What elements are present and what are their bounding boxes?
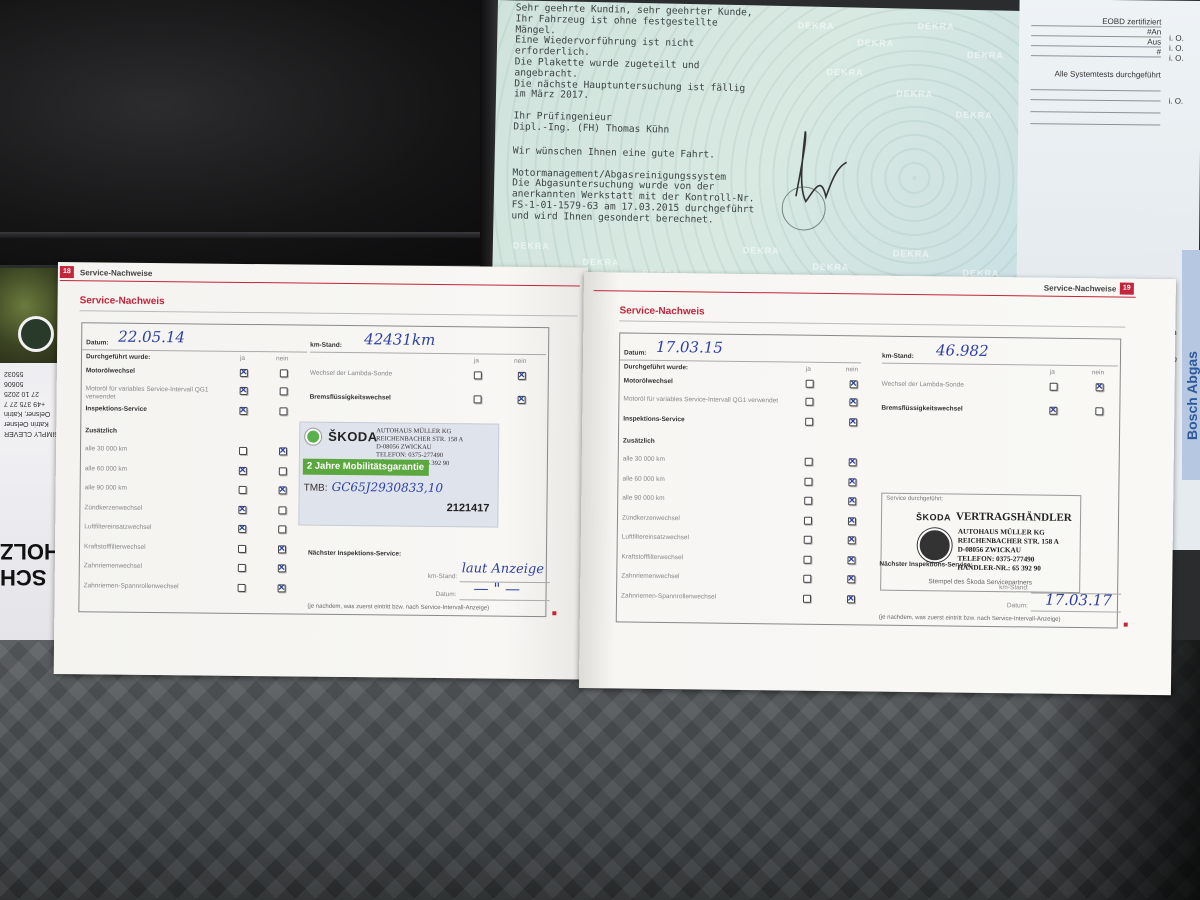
skoda-logo-icon bbox=[917, 528, 951, 562]
service-item-yes-checkbox[interactable] bbox=[805, 418, 813, 426]
additional-item-yes-checkbox[interactable] bbox=[238, 525, 246, 533]
dekra-watermark: DEKRA bbox=[513, 240, 550, 251]
mobility-guarantee-sticker: ŠKODAAUTOHAUS MÜLLER KGREICHENBACHER STR… bbox=[298, 422, 499, 528]
next-date-label: Datum: bbox=[436, 591, 457, 598]
next-date-rule bbox=[459, 599, 549, 601]
additional-item-no-checkbox[interactable] bbox=[848, 478, 856, 486]
eobd-rule bbox=[1031, 55, 1161, 57]
additional-item-no-checkbox[interactable] bbox=[848, 517, 856, 525]
additional-item-no-checkbox[interactable] bbox=[278, 545, 286, 553]
tmb-value: GC65J2930833,10 bbox=[332, 480, 444, 495]
additional-item-no-checkbox[interactable] bbox=[278, 584, 286, 592]
additional-item-yes-checkbox[interactable] bbox=[804, 536, 812, 544]
service-item-label: Bremsflüssigkeitswechsel bbox=[310, 394, 391, 403]
page-number: 19 bbox=[1120, 283, 1134, 295]
additional-item-yes-checkbox[interactable] bbox=[805, 458, 813, 466]
additional-item-yes-checkbox[interactable] bbox=[804, 497, 812, 505]
service-item-no-checkbox[interactable] bbox=[280, 369, 288, 377]
additional-item-yes-checkbox[interactable] bbox=[239, 486, 247, 494]
service-item-label: Bremsflüssigkeitswechsel bbox=[881, 405, 962, 414]
eobd-summary-result: i. O. bbox=[1168, 97, 1183, 106]
footnote: (je nachdem, was zuerst eintritt bzw. na… bbox=[307, 604, 489, 612]
next-date-label: Datum: bbox=[1007, 602, 1028, 609]
eobd-result: i. O. bbox=[1169, 44, 1184, 53]
service-item-label: Motorölwechsel bbox=[86, 367, 135, 376]
bosch-title: Bosch Abgas bbox=[1184, 351, 1200, 440]
additional-item-label: Zündkerzenwechsel bbox=[84, 504, 142, 513]
service-item-no-checkbox[interactable] bbox=[280, 387, 288, 395]
additional-item-label: Kraftstofffilterwechsel bbox=[84, 543, 146, 552]
brochure-line: SIMPLY CLEVER bbox=[4, 428, 60, 438]
service-item-no-checkbox[interactable] bbox=[849, 398, 857, 406]
dekra-watermark: DEKRA bbox=[967, 50, 1004, 61]
additional-item-yes-checkbox[interactable] bbox=[803, 575, 811, 583]
skoda-logo-icon bbox=[18, 316, 54, 352]
brochure-line: Oelsner, Katrin bbox=[4, 408, 60, 418]
header-rule bbox=[60, 280, 580, 286]
additional-item-yes-checkbox[interactable] bbox=[804, 516, 812, 524]
skoda-logo-icon bbox=[305, 429, 321, 445]
col-yes: ja bbox=[806, 366, 811, 373]
col-yes: ja bbox=[474, 357, 479, 364]
page-left: 18Service-NachweiseService-NachweisDatum… bbox=[54, 262, 588, 680]
service-item-no-checkbox[interactable] bbox=[1096, 383, 1104, 391]
date-rule bbox=[620, 359, 861, 363]
brochure-line: 55032 bbox=[4, 368, 60, 378]
additional-item-label: alle 90 000 km bbox=[85, 484, 127, 492]
km-label: km-Stand: bbox=[882, 353, 914, 360]
additional-item-no-checkbox[interactable] bbox=[847, 575, 855, 583]
date-rule bbox=[82, 349, 307, 352]
running-head: Service-Nachweise bbox=[1044, 284, 1117, 294]
dekra-watermark: DEKRA bbox=[917, 21, 954, 32]
additional-item-yes-checkbox[interactable] bbox=[239, 447, 247, 455]
dekra-watermark: DEKRA bbox=[582, 257, 619, 268]
date-label: Datum: bbox=[624, 349, 646, 356]
additional-item-yes-checkbox[interactable] bbox=[803, 555, 811, 563]
additional-item-label: Luftfiltereinsatzwechsel bbox=[84, 523, 151, 532]
service-item-no-checkbox[interactable] bbox=[279, 407, 287, 415]
service-item-label: Inspektions-Service bbox=[623, 415, 685, 424]
col-no: nein bbox=[514, 358, 526, 365]
service-item-yes-checkbox[interactable] bbox=[474, 395, 482, 403]
additional-item-no-checkbox[interactable] bbox=[278, 564, 286, 572]
dekra-watermark: DEKRA bbox=[826, 67, 863, 78]
service-item-yes-checkbox[interactable] bbox=[474, 371, 482, 379]
brochure-line: 27 10 2025 bbox=[4, 388, 60, 398]
next-date-value[interactable]: 17.03.17 bbox=[1045, 591, 1112, 610]
additional-item-label: Zahnriemenwechsel bbox=[621, 572, 679, 581]
skoda-brochure: SIMPLY CLEVERKatrin OelsnerOelsner, Katr… bbox=[0, 268, 62, 658]
page-marker bbox=[1124, 623, 1128, 627]
date-label: Datum: bbox=[86, 339, 108, 346]
additional-item-label: alle 60 000 km bbox=[622, 475, 664, 484]
brochure-headline: SCHHOLZ bbox=[0, 538, 62, 590]
service-item-yes-checkbox[interactable] bbox=[240, 369, 248, 377]
date-value[interactable]: 17.03.15 bbox=[656, 338, 723, 357]
dekra-watermark: DEKRA bbox=[956, 110, 993, 121]
km-value[interactable]: 42431km bbox=[364, 330, 435, 349]
additional-item-no-checkbox[interactable] bbox=[279, 447, 287, 455]
additional-item-label: Zahnriemen-Spannrollenwechsel bbox=[621, 592, 716, 601]
additional-item-no-checkbox[interactable] bbox=[849, 458, 857, 466]
additional-item-label: Luftfiltereinsatzwechsel bbox=[622, 533, 689, 542]
additional-item-no-checkbox[interactable] bbox=[848, 536, 856, 544]
additional-item-yes-checkbox[interactable] bbox=[804, 477, 812, 485]
next-km-label: km-Stand: bbox=[428, 573, 458, 580]
service-item-yes-checkbox[interactable] bbox=[240, 387, 248, 395]
col-no: nein bbox=[1092, 369, 1104, 376]
performed-label: Durchgeführt wurde: bbox=[624, 363, 688, 371]
brochure-big-word: SCH bbox=[0, 564, 62, 590]
km-rule bbox=[882, 363, 1118, 367]
col-no: nein bbox=[276, 355, 288, 362]
dekra-watermark: DEKRA bbox=[893, 248, 930, 259]
additional-item-yes-checkbox[interactable] bbox=[238, 544, 246, 552]
km-value[interactable]: 46.982 bbox=[936, 341, 989, 360]
title-rule bbox=[79, 310, 577, 316]
km-label: km-Stand: bbox=[310, 342, 342, 349]
additional-item-label: alle 30 000 km bbox=[85, 445, 127, 453]
inspector-stamp bbox=[781, 186, 826, 231]
page-number: 18 bbox=[60, 266, 74, 278]
additional-item-no-checkbox[interactable] bbox=[279, 467, 287, 475]
service-item-label: Motoröl für variables Service-Intervall … bbox=[623, 395, 778, 405]
service-item-yes-checkbox[interactable] bbox=[805, 398, 813, 406]
col-yes: ja bbox=[240, 355, 245, 362]
service-item-label: Wechsel der Lambda-Sonde bbox=[310, 370, 392, 379]
service-form: Datum:17.03.15km-Stand:46.982Durchgeführ… bbox=[616, 332, 1122, 628]
additional-item-yes-checkbox[interactable] bbox=[238, 505, 246, 513]
dekra-text-bottom: Wir wünschen Ihnen eine gute Fahrt. Moto… bbox=[511, 146, 755, 227]
dekra-watermark: DEKRA bbox=[857, 38, 894, 49]
dekra-text-top: Sehr geehrte Kundin, sehr geehrter Kunde… bbox=[513, 3, 752, 137]
service-form: Datum:22.05.14km-Stand:42431kmDurchgefüh… bbox=[78, 322, 549, 617]
service-item-label: Motoröl für variables Service-Intervall … bbox=[86, 385, 230, 403]
service-item-label: Wechsel der Lambda-Sonde bbox=[882, 381, 964, 390]
stamp-brand: ŠKODA bbox=[916, 512, 951, 522]
eobd-summary: Alle Systemtests durchgeführt bbox=[1031, 69, 1161, 79]
page-right: 19Service-NachweiseService-NachweisDatum… bbox=[579, 272, 1176, 695]
sticker-number: 2121417 bbox=[447, 502, 490, 514]
service-done-caption: Service durchgeführt: bbox=[886, 496, 943, 503]
brochure-line: +49 375 27 7 bbox=[4, 398, 60, 408]
additional-item-no-checkbox[interactable] bbox=[278, 506, 286, 514]
brochure-line: Katrin Oelsner bbox=[4, 418, 60, 428]
service-item-yes-checkbox[interactable] bbox=[239, 407, 247, 415]
dekra-watermark: DEKRA bbox=[743, 245, 780, 256]
dekra-report: Sehr geehrte Kundin, sehr geehrter Kunde… bbox=[492, 0, 1058, 294]
next-date-value[interactable]: — " — bbox=[474, 579, 521, 597]
km-rule bbox=[310, 352, 546, 355]
eobd-result: i. O. bbox=[1169, 54, 1184, 63]
additional-item-yes-checkbox[interactable] bbox=[239, 466, 247, 474]
dealer-stamp: Service durchgeführt:ŠKODAVERTRAGSHÄNDLE… bbox=[880, 493, 1081, 593]
service-item-no-checkbox[interactable] bbox=[518, 372, 526, 380]
additional-item-no-checkbox[interactable] bbox=[279, 486, 287, 494]
tmb-label: TMB: bbox=[304, 483, 328, 494]
brochure-line: 50606 bbox=[4, 378, 60, 388]
service-item-yes-checkbox[interactable] bbox=[1050, 383, 1058, 391]
service-item-no-checkbox[interactable] bbox=[518, 396, 526, 404]
guarantee-banner: 2 Jahre Mobilitätsgarantie bbox=[303, 459, 429, 476]
page-marker bbox=[552, 611, 556, 615]
section-title: Service-Nachweis bbox=[619, 305, 704, 317]
brochure-big-word: HOLZ bbox=[0, 538, 62, 564]
additional-item-yes-checkbox[interactable] bbox=[803, 594, 811, 602]
additional-item-label: Zündkerzenwechsel bbox=[622, 514, 680, 523]
service-item-yes-checkbox[interactable] bbox=[1049, 407, 1057, 415]
leather-folder bbox=[0, 0, 520, 265]
additional-label: Zusätzlich bbox=[623, 437, 655, 444]
brochure-contact: SIMPLY CLEVERKatrin OelsnerOelsner, Katr… bbox=[4, 368, 60, 438]
additional-item-no-checkbox[interactable] bbox=[847, 556, 855, 564]
next-inspection-label: Nächster Inspektions-Service: bbox=[879, 561, 972, 569]
stamp-title: VERTRAGSHÄNDLER bbox=[956, 511, 1072, 524]
additional-item-yes-checkbox[interactable] bbox=[238, 583, 246, 591]
additional-item-no-checkbox[interactable] bbox=[847, 595, 855, 603]
eobd-rule bbox=[1030, 111, 1160, 113]
eobd-rule bbox=[1031, 89, 1161, 91]
additional-item-label: Zahnriemenwechsel bbox=[84, 562, 142, 571]
title-rule bbox=[619, 320, 1125, 327]
next-km-value[interactable]: laut Anzeige bbox=[462, 561, 544, 577]
service-item-no-checkbox[interactable] bbox=[1095, 407, 1103, 415]
service-item-no-checkbox[interactable] bbox=[849, 418, 857, 426]
service-item-label: Inspektions-Service bbox=[85, 405, 147, 414]
next-date-rule bbox=[1031, 610, 1121, 612]
additional-item-label: Kraftstofffilterwechsel bbox=[621, 553, 683, 562]
eobd-rule bbox=[1030, 123, 1160, 125]
additional-label: Zusätzlich bbox=[85, 427, 117, 434]
col-no: nein bbox=[846, 366, 858, 373]
next-km-label: km-Stand: bbox=[999, 584, 1029, 591]
additional-item-label: Zahnriemen-Spannrollenwechsel bbox=[84, 582, 179, 591]
additional-item-label: alle 90 000 km bbox=[622, 494, 664, 503]
running-head: Service-Nachweise bbox=[80, 268, 153, 278]
sticker-brand: ŠKODA bbox=[328, 429, 378, 445]
date-value[interactable]: 22.05.14 bbox=[118, 328, 185, 347]
service-item-no-checkbox[interactable] bbox=[850, 380, 858, 388]
eobd-result: i. O. bbox=[1169, 34, 1184, 43]
additional-item-label: alle 60 000 km bbox=[85, 465, 127, 473]
footnote: (je nachdem, was zuerst eintritt bzw. na… bbox=[879, 615, 1061, 623]
stamp-footer: Stempel des Škoda Servicepartners bbox=[881, 578, 1079, 587]
folder-seam bbox=[0, 232, 500, 238]
performed-label: Durchgeführt wurde: bbox=[86, 353, 150, 361]
dekra-watermark: DEKRA bbox=[797, 20, 834, 31]
col-yes: ja bbox=[1050, 369, 1055, 376]
service-item-label: Motorölwechsel bbox=[624, 377, 673, 386]
dekra-watermark: DEKRA bbox=[812, 262, 849, 273]
additional-item-label: alle 30 000 km bbox=[623, 455, 665, 464]
section-title: Service-Nachweis bbox=[80, 295, 165, 307]
additional-item-no-checkbox[interactable] bbox=[848, 497, 856, 505]
next-inspection-label: Nächster Inspektions-Service: bbox=[308, 550, 401, 558]
dekra-watermark: DEKRA bbox=[896, 88, 933, 99]
eobd-rule bbox=[1031, 99, 1161, 101]
service-item-yes-checkbox[interactable] bbox=[806, 380, 814, 388]
additional-item-no-checkbox[interactable] bbox=[278, 525, 286, 533]
additional-item-yes-checkbox[interactable] bbox=[238, 564, 246, 572]
